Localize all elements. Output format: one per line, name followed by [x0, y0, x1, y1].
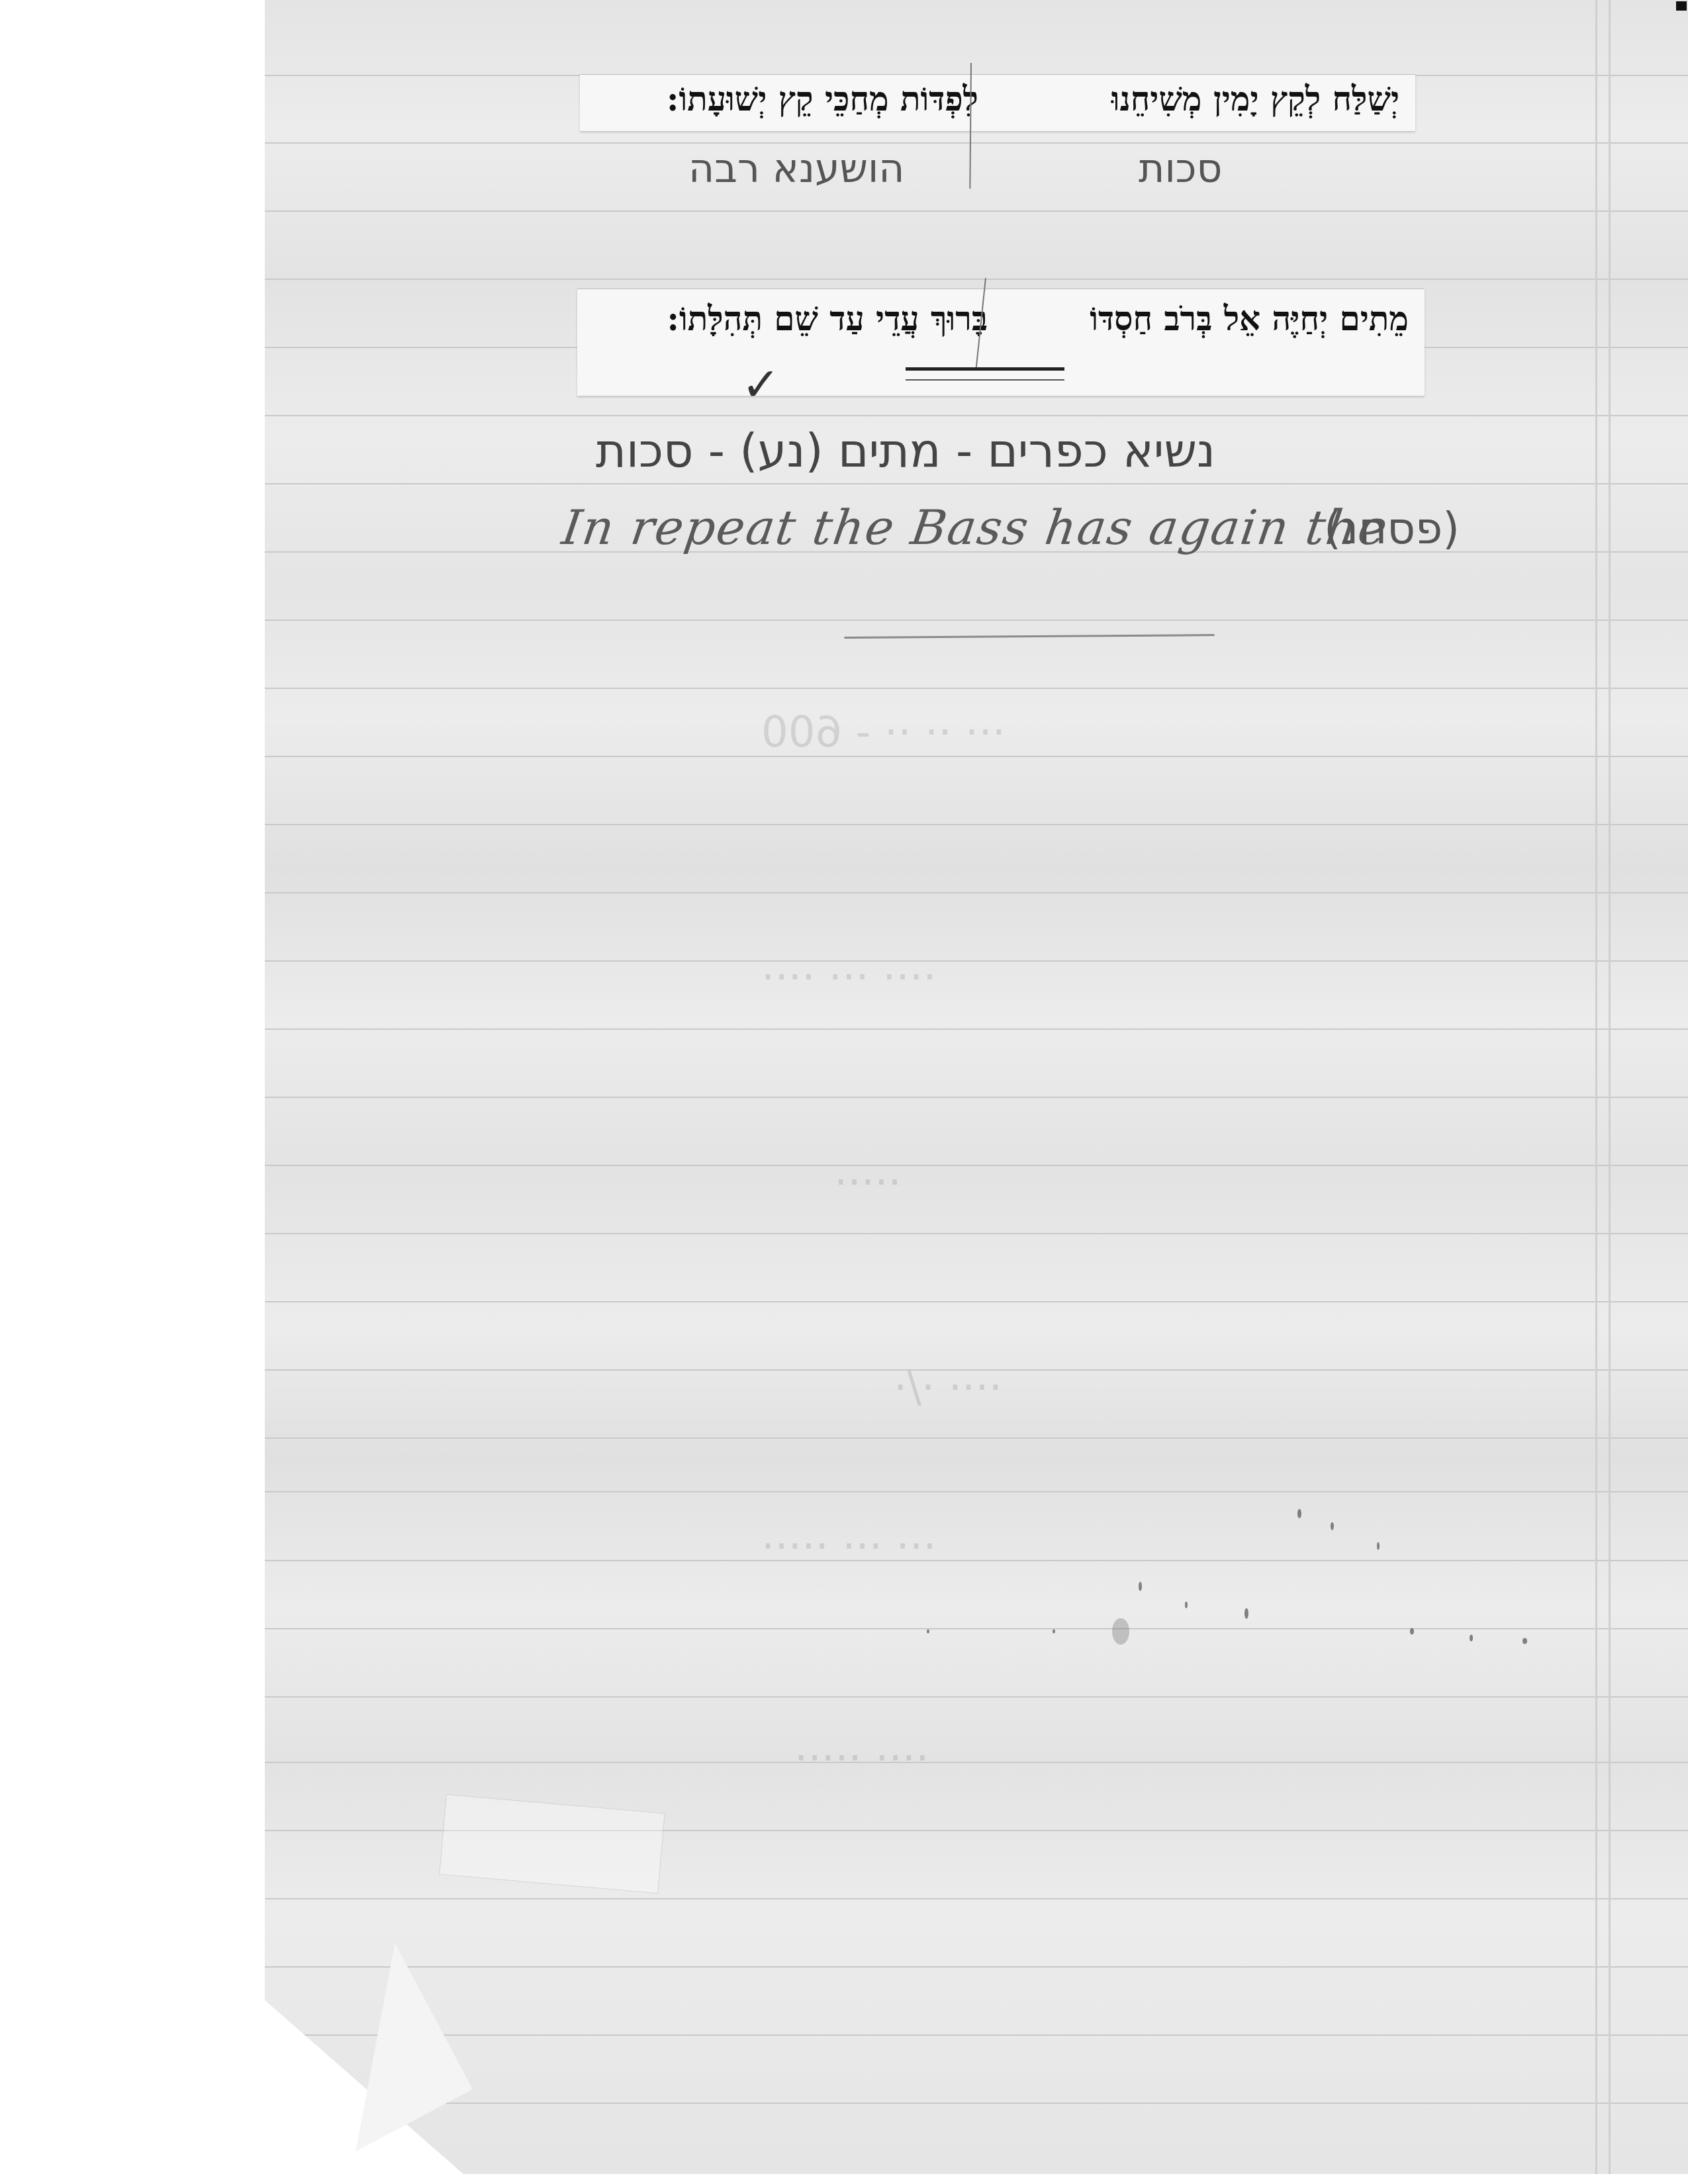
rule-line [265, 2034, 1688, 2036]
stain [1410, 1628, 1414, 1635]
rule-line [265, 1097, 1688, 1098]
double-underline [906, 367, 1064, 381]
rule-line [265, 1165, 1688, 1166]
stain [927, 1629, 929, 1633]
check-mark-icon: ✓ [741, 357, 780, 412]
stain [1523, 1638, 1527, 1644]
annotation-hoshana-rabba: הושענא רבה [688, 146, 905, 192]
show-through-text: ····· [834, 1158, 902, 1207]
rule-line [265, 892, 1688, 893]
stain [1185, 1602, 1188, 1608]
rule-line [265, 1898, 1688, 1899]
rule-line [265, 415, 1688, 416]
rule-line [265, 279, 1688, 280]
margin-line [1609, 0, 1611, 2174]
rule-line [265, 142, 1688, 144]
show-through-text: ···· ····· [794, 1734, 929, 1783]
strip-1-right-half: יְשַׁלַּח לְקֵץ יָמִין מְשִׁיחֵנוּ [1111, 79, 1399, 118]
show-through-text: ··· ··· ····· [761, 1522, 936, 1571]
rule-line [265, 1966, 1688, 1968]
scan-corner-mark [1676, 1, 1687, 11]
rule-line [265, 824, 1688, 825]
stain [1331, 1522, 1334, 1530]
rule-line [265, 1628, 1688, 1629]
stain [1377, 1542, 1380, 1550]
strip-2-right-half: מֵתִים יְחַיֶּה אֵל בְּרֹב חַסְדּוֹ [1090, 299, 1409, 338]
stain [1244, 1608, 1248, 1619]
stain [1470, 1635, 1473, 1641]
rule-line [265, 619, 1688, 621]
show-through-text: ··· ·· ·· - 600 [761, 708, 1006, 757]
rule-line [265, 688, 1688, 689]
rule-line [265, 1762, 1688, 1763]
rule-line [265, 1491, 1688, 1492]
rule-line [265, 1696, 1688, 1698]
margin-line [1595, 0, 1597, 2174]
annotation-hebrew-line: נשיא כפרים - מתים (נע) - סכות [596, 424, 1215, 478]
annotation-english-line-hebrew-tail: (פסחנ) [1324, 503, 1460, 554]
rule-line [265, 1437, 1688, 1439]
printed-strip-1: יְשַׁלַּח לְקֵץ יָמִין מְשִׁיחֵנוּ לִפְד… [580, 74, 1415, 131]
rule-line [265, 1233, 1688, 1234]
stain [1112, 1618, 1129, 1645]
rule-line [265, 483, 1688, 484]
stain [1139, 1582, 1142, 1591]
rule-line [265, 1560, 1688, 1561]
show-through-text: ···· ·/· [894, 1363, 1002, 1412]
strip-2-left-half: בָּרוּךְ עֲדֵי עַד שֵׁם תְּהִלָּתוֹ: [667, 299, 988, 338]
rule-line [265, 1301, 1688, 1302]
strip-1-left-half: לִפְדּוֹת מְחַכֵּי קֵץ יְשׁוּעָתוֹ: [667, 79, 978, 118]
annotation-english-line: In repeat the Bass has again the [559, 500, 1392, 555]
rule-line [265, 2103, 1688, 2104]
annotation-sukkot: סכות [1139, 146, 1222, 192]
rule-line [265, 960, 1688, 962]
stain [1053, 1629, 1055, 1633]
show-through-text: ···· ··· ···· [761, 953, 936, 1002]
stain [1297, 1509, 1301, 1518]
rule-line [265, 1028, 1688, 1030]
rule-line [265, 210, 1688, 212]
